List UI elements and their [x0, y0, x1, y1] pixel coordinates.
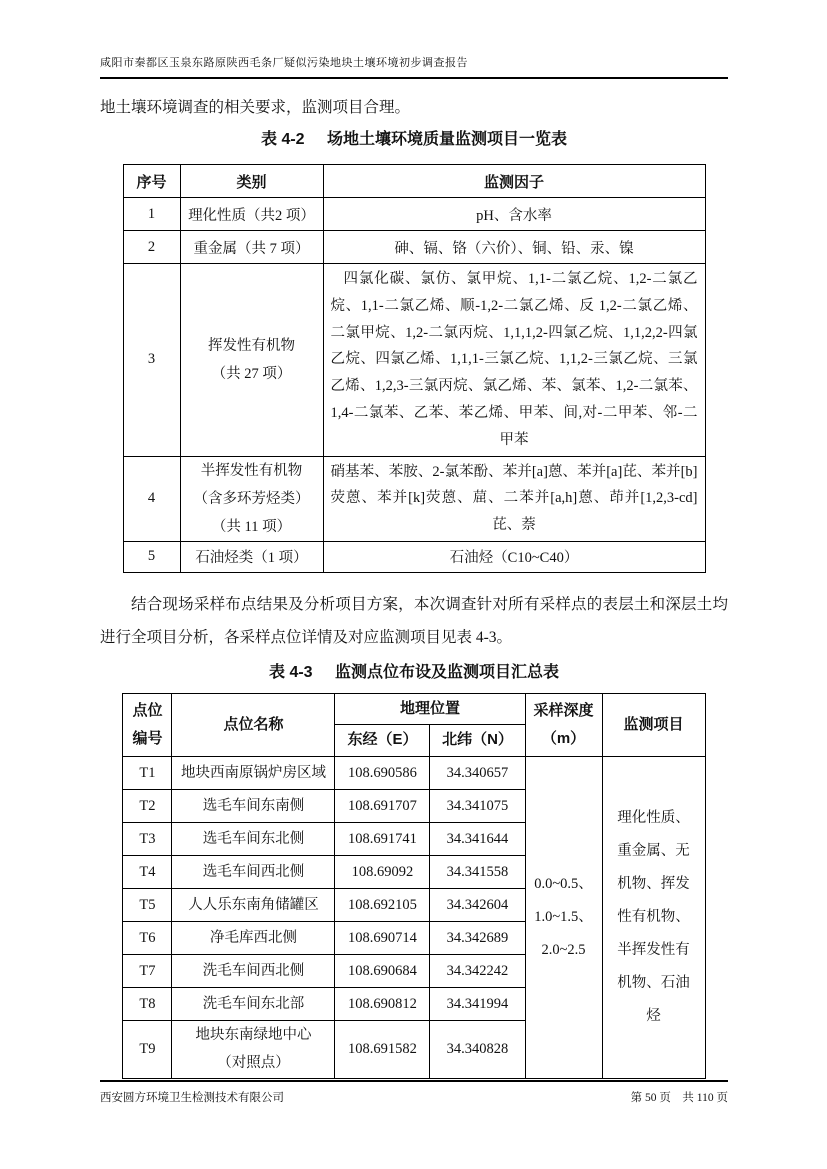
- point-id: T5: [123, 888, 172, 921]
- point-latitude: 34.341994: [430, 987, 525, 1020]
- col-header-point-id: 点位 编号: [123, 693, 172, 756]
- point-id: T7: [123, 954, 172, 987]
- point-name: 人人乐东南角储罐区: [172, 888, 335, 921]
- body-paragraph: 结合现场采样布点结果及分析项目方案，本次调查针对所有采样点的表层土和深层土均进行…: [100, 588, 728, 654]
- point-id: T4: [123, 855, 172, 888]
- point-name: 选毛车间东南侧: [172, 789, 335, 822]
- point-longitude: 108.690812: [335, 987, 430, 1020]
- col-header-location: 地理位置: [335, 693, 525, 724]
- table-4-2: 序号 类别 监测因子 1 理化性质（共2 项） pH、含水率 2 重金属（共 7…: [123, 164, 706, 573]
- table-row: 2 重金属（共 7 项） 砷、镉、铬（六价）、铜、铅、汞、镍: [123, 231, 705, 264]
- monitoring-items-cell: 理化性质、 重金属、无 机物、挥发 性有机物、 半挥发性有 机物、石油 烃: [602, 756, 705, 1078]
- page-content: 地土壤环境调查的相关要求，监测项目合理。 表 4-2场地土壤环境质量监测项目一览…: [100, 97, 728, 1079]
- row-no: 5: [123, 541, 180, 572]
- point-id: T9: [123, 1020, 172, 1078]
- point-name: 选毛车间西北侧: [172, 855, 335, 888]
- point-latitude: 34.341075: [430, 789, 525, 822]
- point-name: 地块西南原锅炉房区域: [172, 756, 335, 789]
- point-latitude: 34.341558: [430, 855, 525, 888]
- point-latitude: 34.341644: [430, 822, 525, 855]
- row-category: 半挥发性有机物 （含多环芳烃类） （共 11 项）: [180, 456, 323, 541]
- row-category: 挥发性有机物 （共 27 项）: [180, 264, 323, 457]
- point-latitude: 34.340657: [430, 756, 525, 789]
- row-factors: 砷、镉、铬（六价）、铜、铅、汞、镍: [323, 231, 705, 264]
- point-latitude: 34.342604: [430, 888, 525, 921]
- table-4-2-header-row: 序号 类别 监测因子: [123, 165, 705, 198]
- footer-page-number: 第 50 页 共 110 页: [631, 1089, 728, 1105]
- table-row: T1 地块西南原锅炉房区域 108.690586 34.340657 0.0~0…: [123, 756, 705, 789]
- row-no: 3: [123, 264, 180, 457]
- point-longitude: 108.690586: [335, 756, 430, 789]
- table-row: 5 石油烃类（1 项） 石油烃（C10~C40）: [123, 541, 705, 572]
- point-longitude: 108.691741: [335, 822, 430, 855]
- row-category: 重金属（共 7 项）: [180, 231, 323, 264]
- col-header-items: 监测项目: [602, 693, 705, 756]
- row-no: 1: [123, 198, 180, 231]
- sampling-depth-cell: 0.0~0.5、 1.0~1.5、 2.0~2.5: [525, 756, 602, 1078]
- table-4-2-title: 表 4-2场地土壤环境质量监测项目一览表: [100, 130, 728, 150]
- point-longitude: 108.691707: [335, 789, 430, 822]
- col-header-category: 类别: [180, 165, 323, 198]
- col-header-factors: 监测因子: [323, 165, 705, 198]
- table-4-3-caption: 监测点位布设及监测项目汇总表: [335, 664, 559, 681]
- col-header-longitude: 东经（E）: [335, 724, 430, 756]
- point-latitude: 34.342242: [430, 954, 525, 987]
- col-header-point-name: 点位名称: [172, 693, 335, 756]
- col-header-depth: 采样深度 （m）: [525, 693, 602, 756]
- point-name: 地块东南绿地中心 （对照点）: [172, 1020, 335, 1078]
- table-4-3: 点位 编号 点位名称 地理位置 采样深度 （m） 监测项目 东经（E） 北纬（N…: [122, 693, 705, 1079]
- table-row: 1 理化性质（共2 项） pH、含水率: [123, 198, 705, 231]
- row-category: 石油烃类（1 项）: [180, 541, 323, 572]
- table-4-2-caption: 场地土壤环境质量监测项目一览表: [327, 131, 567, 148]
- report-page: 咸阳市秦都区玉泉东路原陕西毛条厂疑似污染地块土壤环境初步调查报告 地土壤环境调查…: [0, 0, 827, 1169]
- point-longitude: 108.69092: [335, 855, 430, 888]
- row-factors: 四氯化碳、氯仿、氯甲烷、1,1-二氯乙烷、1,2-二氯乙烷、1,1-二氯乙烯、顺…: [323, 264, 705, 457]
- point-id: T1: [123, 756, 172, 789]
- row-factors: pH、含水率: [323, 198, 705, 231]
- report-title-header: 咸阳市秦都区玉泉东路原陕西毛条厂疑似污染地块土壤环境初步调查报告: [100, 57, 468, 69]
- table-4-3-label: 表 4-3: [269, 664, 313, 681]
- table-4-3-title: 表 4-3监测点位布设及监测项目汇总表: [100, 663, 728, 683]
- footer-company: 西安圆方环境卫生检测技术有限公司: [100, 1089, 284, 1105]
- point-longitude: 108.691582: [335, 1020, 430, 1078]
- table-4-2-label: 表 4-2: [261, 131, 305, 148]
- page-footer: 西安圆方环境卫生检测技术有限公司 第 50 页 共 110 页: [100, 1080, 728, 1105]
- table-row: 4 半挥发性有机物 （含多环芳烃类） （共 11 项） 硝基苯、苯胺、2-氯苯酚…: [123, 456, 705, 541]
- row-factors: 硝基苯、苯胺、2-氯苯酚、苯并[a]蒽、苯并[a]芘、苯并[b]荧蒽、苯并[k]…: [323, 456, 705, 541]
- col-header-no: 序号: [123, 165, 180, 198]
- point-name: 洗毛车间西北侧: [172, 954, 335, 987]
- intro-paragraph: 地土壤环境调查的相关要求，监测项目合理。: [100, 97, 728, 119]
- point-name: 选毛车间东北侧: [172, 822, 335, 855]
- row-factors: 石油烃（C10~C40）: [323, 541, 705, 572]
- col-header-latitude: 北纬（N）: [430, 724, 525, 756]
- point-longitude: 108.690714: [335, 921, 430, 954]
- table-row: 3 挥发性有机物 （共 27 项） 四氯化碳、氯仿、氯甲烷、1,1-二氯乙烷、1…: [123, 264, 705, 457]
- point-id: T2: [123, 789, 172, 822]
- page-header: 咸阳市秦都区玉泉东路原陕西毛条厂疑似污染地块土壤环境初步调查报告: [100, 54, 728, 79]
- table-4-3-header-row-1: 点位 编号 点位名称 地理位置 采样深度 （m） 监测项目: [123, 693, 705, 724]
- point-id: T8: [123, 987, 172, 1020]
- row-no: 2: [123, 231, 180, 264]
- point-name: 洗毛车间东北部: [172, 987, 335, 1020]
- point-latitude: 34.340828: [430, 1020, 525, 1078]
- row-category: 理化性质（共2 项）: [180, 198, 323, 231]
- point-latitude: 34.342689: [430, 921, 525, 954]
- point-name: 净毛库西北侧: [172, 921, 335, 954]
- point-longitude: 108.690684: [335, 954, 430, 987]
- point-id: T6: [123, 921, 172, 954]
- row-no: 4: [123, 456, 180, 541]
- point-longitude: 108.692105: [335, 888, 430, 921]
- point-id: T3: [123, 822, 172, 855]
